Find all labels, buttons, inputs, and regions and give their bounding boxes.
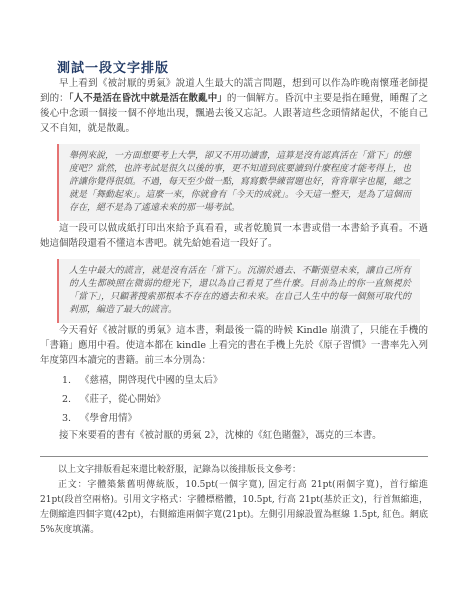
typography-notes-detail: 正文：字體築紫舊明傳統版，10.5pt(一個字寬), 固定行高 21pt(兩個字… (40, 478, 428, 538)
quote-biggest-lie-text: 人生中最大的謊言，就是沒有活在「當下」。沉溺於過去、不斷張望未來，讓自己所有的人… (69, 266, 411, 315)
section-divider (40, 456, 428, 457)
quote-biggest-lie: 人生中最大的謊言，就是沒有活在「當下」。沉溺於過去、不斷張望未來，讓自己所有的人… (57, 259, 420, 323)
list-item-number: 3. (62, 409, 76, 428)
document-page: 測試一段文字排版 早上看到《被討厭的勇氣》說道人生最大的謊言問題，想到可以作為昨… (0, 0, 465, 601)
finished-books-list: 1. 《慈禧，開啓現代中國的皇太后》 2. 《莊子，從心開始》 3. 《學會用情… (40, 371, 428, 428)
list-item-title: 《學會用情》 (80, 409, 137, 428)
list-item: 3. 《學會用情》 (40, 409, 428, 428)
typography-notes: 以上文字排版看起來還比較舒服，記錄為以後排版長文參考： 正文：字體築紫舊明傳統版… (40, 463, 428, 538)
paragraph-intro-bold-phrase: 「人不是活在昏沈中就是活在散亂中」 (69, 93, 227, 104)
paragraph-intro: 早上看到《被討厭的勇氣》說道人生最大的謊言問題，想到可以作為昨晚南懷瑾老師提到的… (40, 76, 428, 136)
quote-exam-example: 舉例來說，一方面想要考上大學，卻又不用功讀書，這算是沒有認真活在「當下」的態度吧… (57, 144, 420, 221)
list-item: 2. 《莊子，從心開始》 (40, 390, 428, 409)
list-item: 1. 《慈禧，開啓現代中國的皇太后》 (40, 371, 428, 390)
paragraph-next-books: 接下來要看的書有《被討厭的勇氣 2》，沈棟的《紅色賭盤》，馮克的三本書。 (40, 428, 428, 443)
list-item-number: 1. (62, 371, 76, 390)
list-item-title: 《慈禧，開啓現代中國的皇太后》 (80, 371, 223, 390)
quote-exam-example-text: 舉例來說，一方面想要考上大學，卻又不用功讀書，這算是沒有認真活在「當下」的態度吧… (69, 151, 411, 213)
list-item-title: 《莊子，從心開始》 (80, 390, 166, 409)
list-item-number: 2. (62, 390, 76, 409)
page-title: 測試一段文字排版 (57, 57, 428, 76)
typography-notes-intro: 以上文字排版看起來還比較舒服，記錄為以後排版長文參考： (40, 463, 428, 478)
paragraph-print-for-daughter: 這一段可以做成紙打印出來給予真看看，或者乾脆買一本書或借一本書給予真看。不過她這… (40, 221, 428, 251)
document-content: 測試一段文字排版 早上看到《被討厭的勇氣》說道人生最大的謊言問題，想到可以作為昨… (40, 0, 428, 538)
paragraph-kindle-crash: 今天看好《被討厭的勇氣》這本書，剩最後一篇的時候 Kindle 崩潰了，只能在手… (40, 323, 428, 368)
